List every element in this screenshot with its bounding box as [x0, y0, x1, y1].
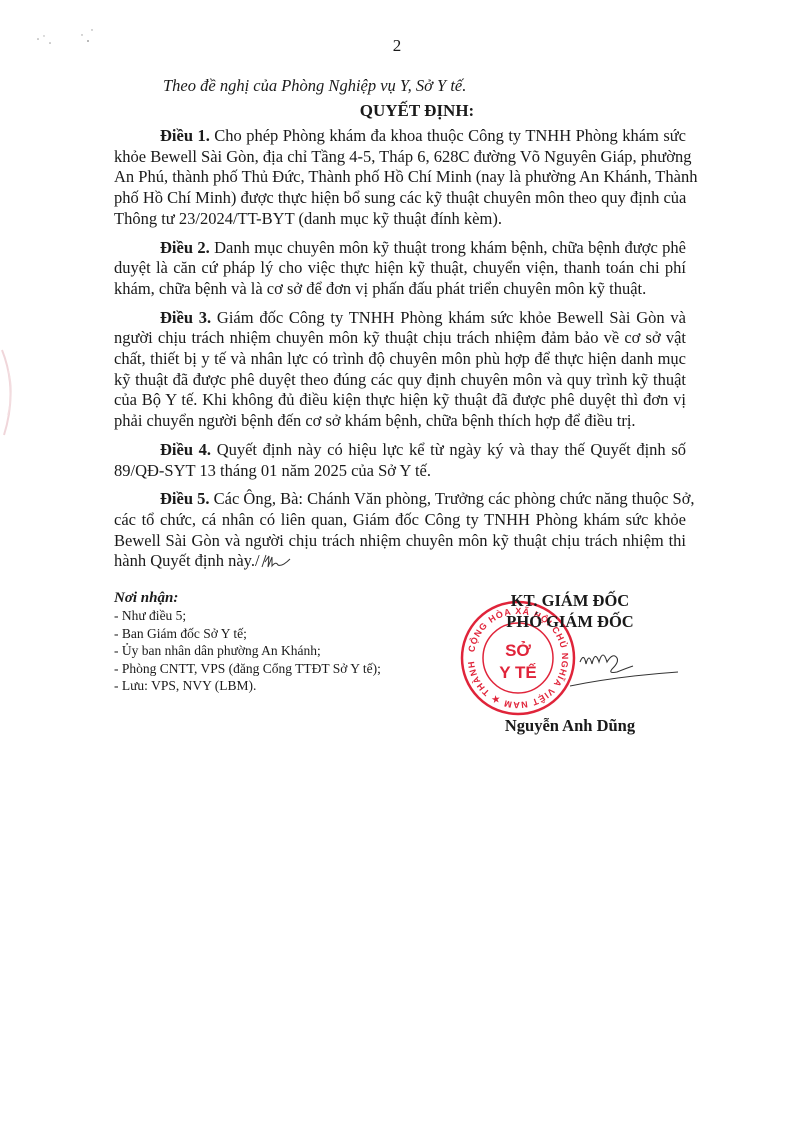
recipients-block: Nơi nhận: - Như điều 5; - Ban Giám đốc S… [114, 590, 381, 694]
article-line: Điều 2. Danh mục chuyên môn kỹ thuật tro… [114, 238, 686, 259]
intro-line: Theo đề nghị của Phòng Nghiệp vụ Y, Sở Y… [163, 76, 466, 96]
article-line: hành Quyết định này./ [114, 551, 686, 572]
article-label: Điều 4. [160, 440, 211, 459]
recipient-item: - Lưu: VPS, NVY (LBM). [114, 677, 381, 694]
article-4: Điều 4. Quyết định này có hiệu lực kể từ… [114, 440, 686, 481]
svg-text:Y TẾ: Y TẾ [499, 663, 536, 682]
article-line: chất, thiết bị y tế và nhân lực có trình… [114, 349, 686, 370]
article-label: Điều 1. [160, 126, 210, 145]
page-number: 2 [0, 36, 794, 56]
article-line: Bewell Sài Gòn và người chịu trách nhiệm… [114, 531, 686, 552]
article-line: phải chuyển người bệnh đến cơ sở khám bệ… [114, 411, 686, 432]
svg-text:SỞ: SỞ [505, 641, 531, 660]
article-line: Điều 1. Cho phép Phòng khám đa khoa thuộ… [114, 126, 686, 147]
recipients-heading: Nơi nhận: [114, 590, 381, 607]
article-line: Điều 4. Quyết định này có hiệu lực kể từ… [114, 440, 686, 461]
initials-scribble [260, 553, 300, 569]
signature-title-line2: PHÓ GIÁM ĐỐC [470, 611, 670, 632]
signature-title-line1: KT. GIÁM ĐỐC [470, 590, 670, 611]
article-line: Thông tư 23/2024/TT-BYT (danh mục kỹ thu… [114, 209, 686, 230]
article-line: An Phú, thành phố Thủ Đức, Thành phố Hồ … [114, 167, 686, 188]
handwritten-signature [570, 640, 680, 690]
article-line: Điều 3. Giám đốc Công ty TNHH Phòng khám… [114, 308, 686, 329]
article-label: Điều 2. [160, 238, 210, 257]
article-2: Điều 2. Danh mục chuyên môn kỹ thuật tro… [114, 238, 686, 300]
article-label: Điều 5. [160, 489, 210, 508]
article-line: 89/QĐ-SYT 13 tháng 01 năm 2025 của Sở Y … [114, 461, 686, 482]
article-line: người chịu trách nhiệm chuyên môn kỹ thu… [114, 328, 686, 349]
recipient-item: - Như điều 5; [114, 607, 381, 624]
article-1: Điều 1. Cho phép Phòng khám đa khoa thuộ… [114, 126, 686, 230]
article-line: Điều 5. Các Ông, Bà: Chánh Văn phòng, Tr… [114, 489, 686, 510]
article-3: Điều 3. Giám đốc Công ty TNHH Phòng khám… [114, 308, 686, 432]
decision-articles: Điều 1. Cho phép Phòng khám đa khoa thuộ… [114, 126, 686, 580]
recipient-item: - Ủy ban nhân dân phường An Khánh; [114, 642, 381, 659]
article-line: các tổ chức, cá nhân có liên quan, Giám … [114, 510, 686, 531]
recipient-item: - Phòng CNTT, VPS (đăng Cổng TTĐT Sở Y t… [114, 660, 381, 677]
article-line: của Bộ Y tế. Khi không đủ điều kiện thực… [114, 390, 686, 411]
article-label: Điều 3. [160, 308, 211, 327]
article-line: duyệt là căn cứ pháp lý cho việc thực hi… [114, 258, 686, 279]
article-line: khám, chữa bệnh và là cơ sở để đơn vị ph… [114, 279, 686, 300]
decision-title: QUYẾT ĐỊNH: [0, 101, 794, 121]
article-5: Điều 5. Các Ông, Bà: Chánh Văn phòng, Tr… [114, 489, 686, 572]
article-line: phố Hồ Chí Minh) được thực hiện bổ sung … [114, 188, 686, 209]
partial-seal-edge [0, 340, 22, 440]
signer-name: Nguyễn Anh Dũng [470, 716, 670, 736]
recipient-item: - Ban Giám đốc Sở Y tế; [114, 625, 381, 642]
signature-block: KT. GIÁM ĐỐC PHÓ GIÁM ĐỐC [470, 590, 670, 632]
article-line: khỏe Bewell Sài Gòn, địa chỉ Tầng 4-5, T… [114, 147, 686, 168]
article-line: kỹ thuật đã được phê duyệt theo đúng các… [114, 370, 686, 391]
